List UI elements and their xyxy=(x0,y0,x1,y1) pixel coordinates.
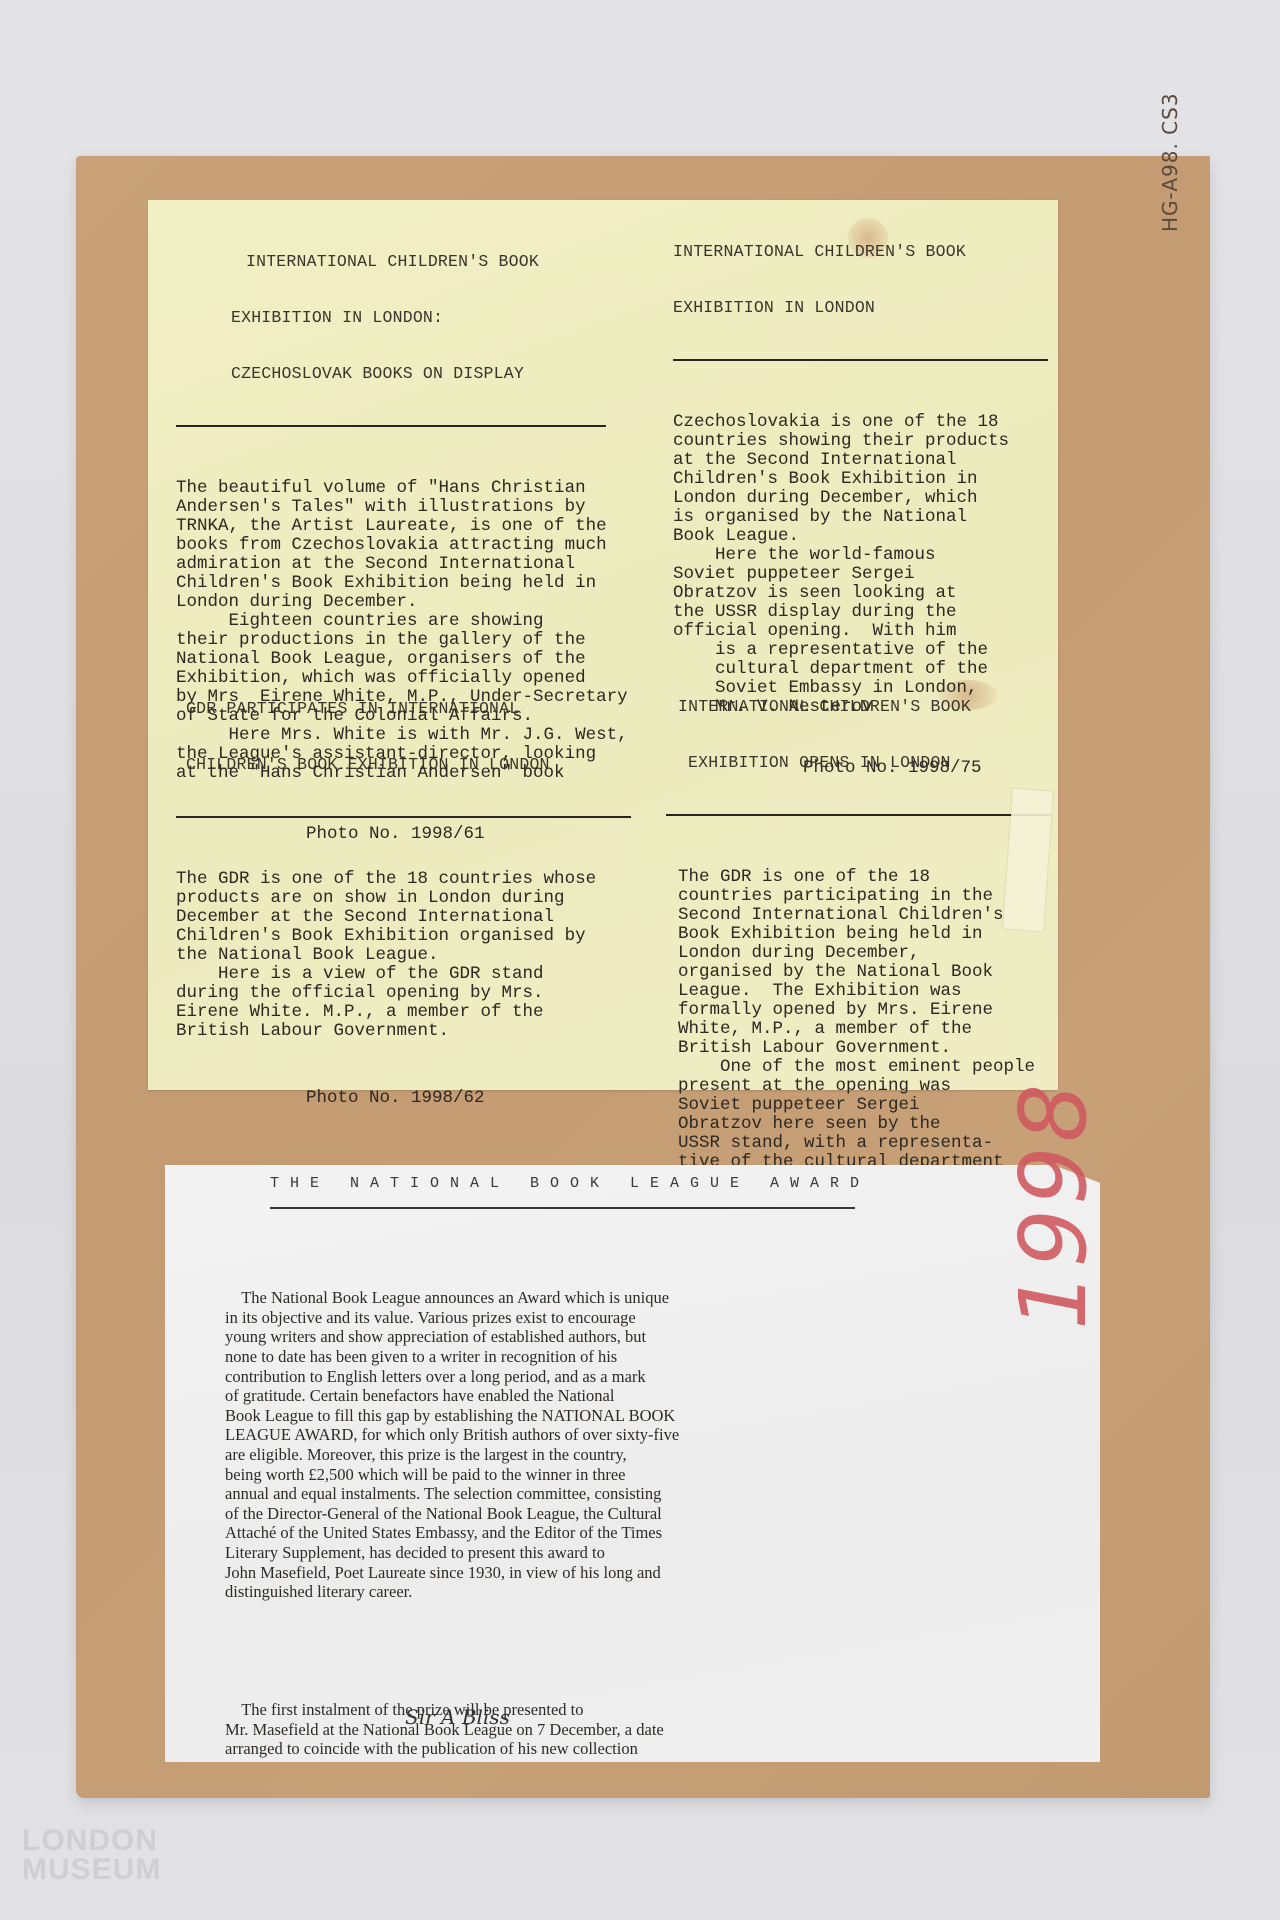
headline-rule xyxy=(176,816,631,818)
award-body: The National Book League announces an Aw… xyxy=(225,1249,1045,1818)
award-title-rule xyxy=(270,1207,855,1209)
clipping-headline-line: EXHIBITION OPENS IN LONDON xyxy=(666,754,1051,772)
watermark-line: MUSEUM xyxy=(22,1855,161,1884)
watermark-line: LONDON xyxy=(22,1826,161,1855)
clipping-body: The GDR is one of the 18 countries parti… xyxy=(666,868,1051,1191)
headline-rule xyxy=(666,814,1051,816)
clipping-headline-line: CZECHOSLOVAK BOOKS ON DISPLAY xyxy=(176,365,628,383)
award-paragraph-1: The National Book League announces an Aw… xyxy=(225,1288,1045,1602)
yellow-clippings-sheet: INTERNATIONAL CHILDREN'S BOOK EXHIBITION… xyxy=(148,200,1058,1090)
clipping-headline-line: GDR PARTICIPATES IN INTERNATIONAL xyxy=(176,700,631,718)
headline-rule xyxy=(176,425,606,427)
clipping-body: The GDR is one of the 18 countries whose… xyxy=(176,870,631,1041)
clipping-headline-line: EXHIBITION IN LONDON: xyxy=(176,309,628,327)
photo-number: Photo No. 1998/62 xyxy=(176,1089,631,1108)
accession-number: HG-A98. CS3 xyxy=(1158,92,1182,232)
award-title: THE NATIONAL BOOK LEAGUE AWARD xyxy=(270,1175,870,1192)
handwritten-signature: Sir A Bliss xyxy=(405,1705,510,1729)
headline-rule xyxy=(673,359,1048,361)
clipping-headline-line: INTERNATIONAL CHILDREN'S BOOK xyxy=(673,243,1048,261)
clipping-headline-line: EXHIBITION IN LONDON xyxy=(673,299,1048,317)
clipping-headline-line: CHILDREN'S BOOK EXHIBITION IN LONDON xyxy=(176,756,631,774)
museum-watermark: LONDON MUSEUM xyxy=(22,1826,161,1884)
award-sheet: THE NATIONAL BOOK LEAGUE AWARD The Natio… xyxy=(165,1165,1100,1762)
clipping-headline-line: INTERNATIONAL CHILDREN'S BOOK xyxy=(176,253,628,271)
red-year-annotation: 1998 xyxy=(1000,1080,1107,1330)
clipping-headline-line: INTERNATIONAL CHILDREN'S BOOK xyxy=(666,698,1051,716)
clipping-gdr-participates: GDR PARTICIPATES IN INTERNATIONAL CHILDR… xyxy=(176,662,631,1146)
